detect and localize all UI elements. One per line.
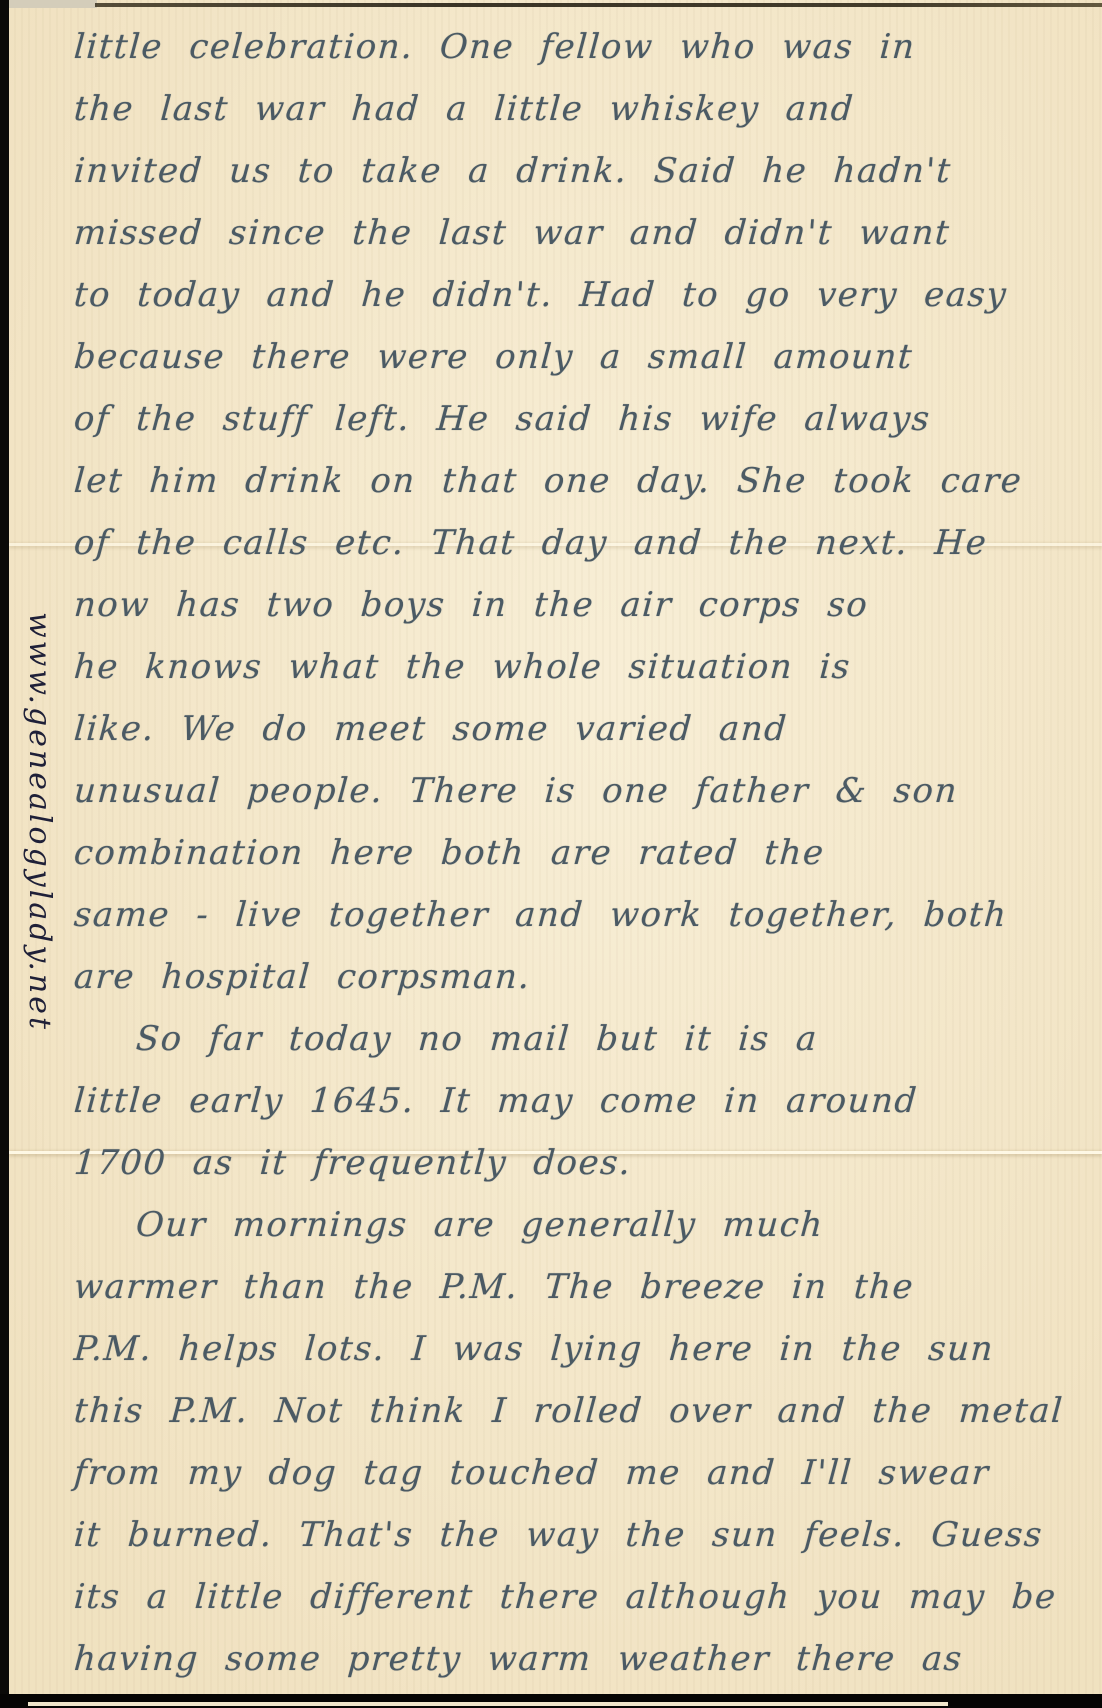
handwritten-letter-body: little celebration. One fellow who was i… [74, 16, 1088, 1690]
watermark-text: www.genealogylady.net [22, 612, 57, 1032]
letter-line: this P.M. Not think I rolled over and th… [72, 1380, 1090, 1442]
letter-line: the last war had a little whiskey and [72, 78, 1090, 140]
letter-line: from my dog tag touched me and I'll swea… [72, 1442, 1090, 1504]
letter-line: to today and he didn't. Had to go very e… [72, 264, 1090, 326]
letter-line: its a little different there although yo… [72, 1566, 1090, 1628]
letter-line: missed since the last war and didn't wan… [72, 202, 1090, 264]
paper-top-corner [9, 0, 97, 8]
letter-line: of the stuff left. He said his wife alwa… [72, 388, 1090, 450]
letter-line: are hospital corpsman. [72, 946, 1090, 1008]
letter-scan-page: www.genealogylady.net little celebration… [0, 0, 1102, 1708]
letter-line: let him drink on that one day. She took … [72, 450, 1090, 512]
letter-line: So far today no mail but it is a [72, 1008, 1090, 1070]
letter-line: invited us to take a drink. Said he hadn… [72, 140, 1090, 202]
paper-top-edge-shadow [95, 3, 1102, 7]
letter-line: of the calls etc. That day and the next.… [72, 512, 1090, 574]
scan-left-edge [0, 0, 9, 1708]
letter-line: it burned. That's the way the sun feels.… [72, 1504, 1090, 1566]
letter-line: warmer than the P.M. The breeze in the [72, 1256, 1090, 1318]
letter-line: now has two boys in the air corps so [72, 574, 1090, 636]
letter-line: because there were only a small amount [72, 326, 1090, 388]
letter-line: little celebration. One fellow who was i… [72, 16, 1090, 78]
letter-line: 1700 as it frequently does. [72, 1132, 1090, 1194]
letter-line: Our mornings are generally much [72, 1194, 1090, 1256]
letter-line: unusual people. There is one father & so… [72, 760, 1090, 822]
letter-line: same - live together and work together, … [72, 884, 1090, 946]
letter-line: like. We do meet some varied and [72, 698, 1090, 760]
letter-line: little early 1645. It may come in around [72, 1070, 1090, 1132]
letter-line: P.M. helps lots. I was lying here in the… [72, 1318, 1090, 1380]
letter-line: he knows what the whole situation is [72, 636, 1090, 698]
paper-bottom-edge-highlight [28, 1702, 948, 1706]
letter-line: having some pretty warm weather there as [72, 1628, 1090, 1690]
letter-line: combination here both are rated the [72, 822, 1090, 884]
